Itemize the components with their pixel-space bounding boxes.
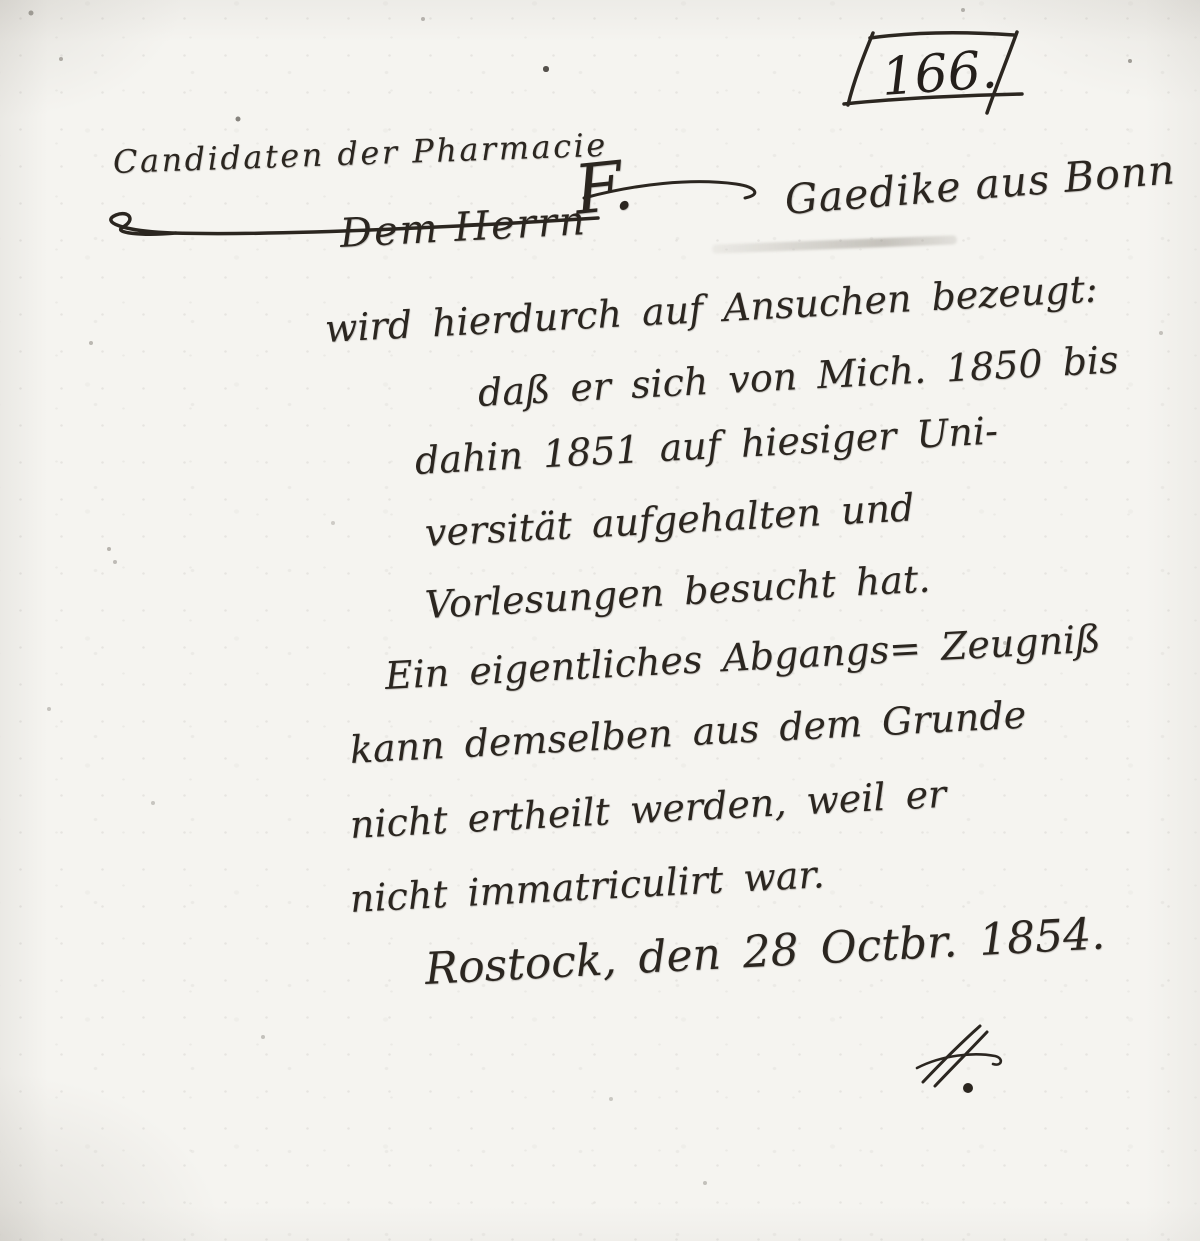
page-number: 166. <box>880 40 1000 108</box>
body-line-7: kann demselben aus dem Grunde <box>349 696 1027 769</box>
body-line-5: Vorlesungen besucht hat. <box>424 560 931 624</box>
page-number-box: 166. <box>840 25 1040 125</box>
document-page: 166. Candidaten der Pharmacie Dem Herrn … <box>0 0 1200 1241</box>
body-line-6: Ein eigentliches Abgangs= Zeugniß <box>384 620 1101 695</box>
body-line-4: versität aufgehalten und <box>424 488 915 552</box>
recipient-initial: F. <box>571 152 636 226</box>
signature-paraph <box>898 1008 1028 1108</box>
body-line-1: wird hierdurch auf Ansuchen bezeugt: <box>324 270 1098 348</box>
date-line: Rostock, den 28 Octbr. 1854. <box>424 912 1106 992</box>
body-line-9: nicht immatriculirt war. <box>349 855 825 918</box>
address-salutation: Dem Herrn <box>339 201 588 254</box>
recipient-name: Gaedike aus Bonn <box>783 149 1177 221</box>
body-line-2: daß er sich von Mich. 1850 bis <box>477 340 1119 412</box>
address-line-candidaten: Candidaten der Pharmacie <box>112 129 608 178</box>
paper-specks <box>0 0 2 2</box>
pencil-smudge <box>712 235 957 253</box>
body-line-3: dahin 1851 auf hiesiger Uni- <box>414 411 999 479</box>
body-line-8: nicht ertheilt werden, weil er <box>349 775 947 844</box>
